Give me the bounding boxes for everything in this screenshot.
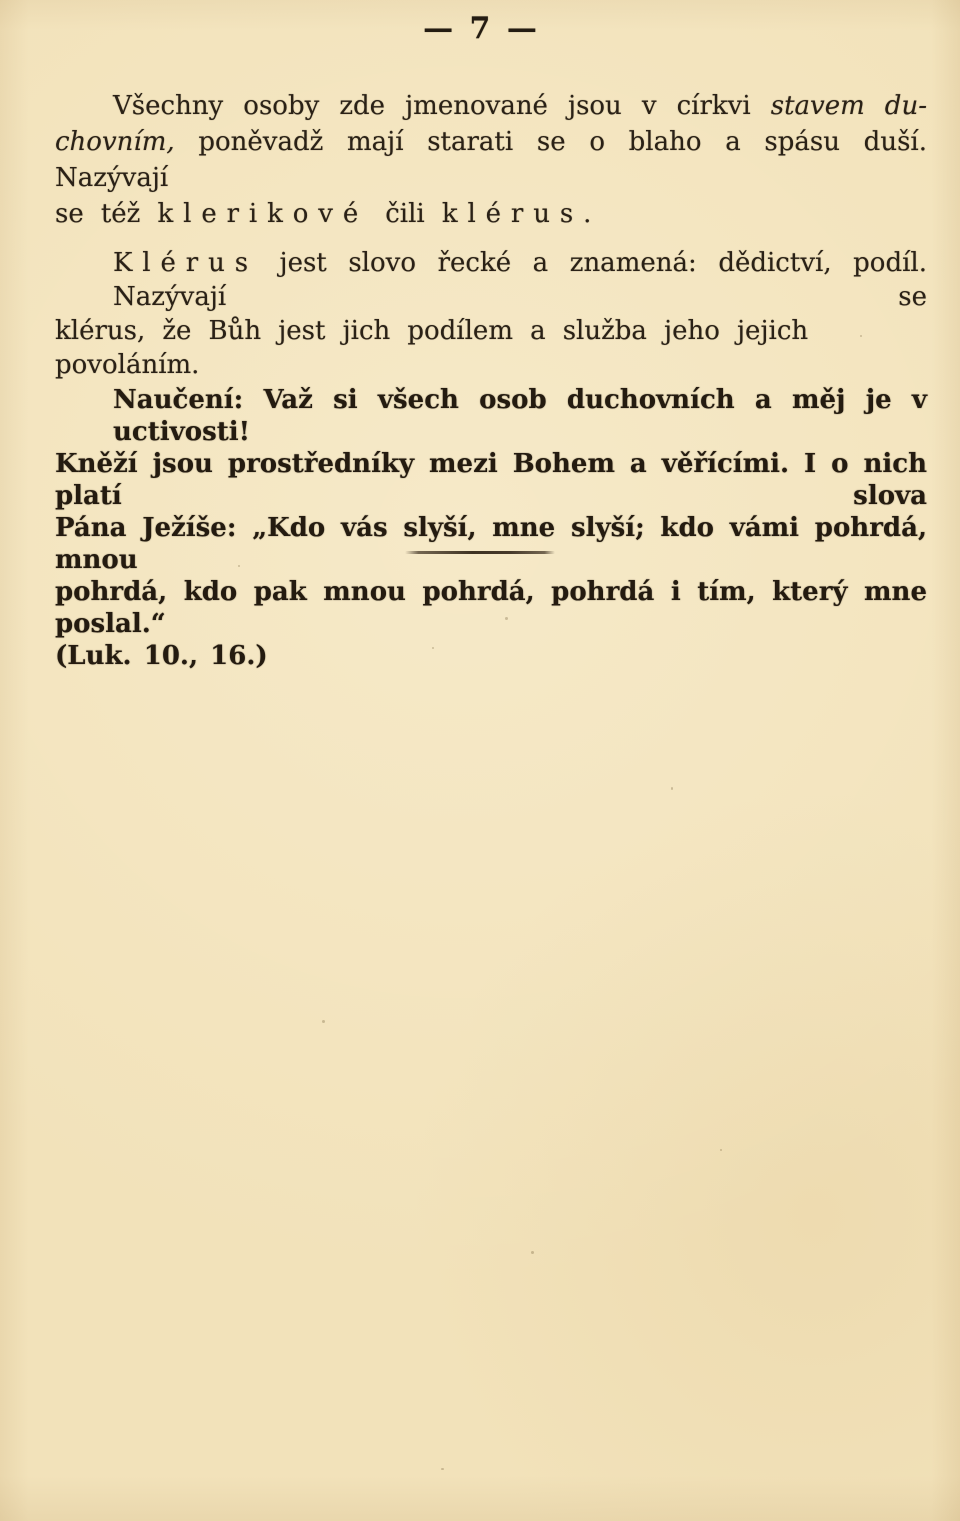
text-segment: klerikové (157, 199, 368, 229)
text-line: (Luk. 10., 16.) (55, 640, 927, 672)
text-line: Všechny osoby zde jmenované jsou v církv… (55, 88, 927, 124)
text-line: pohrdá, kdo pak mnou pohrdá, pohrdá i tí… (55, 576, 927, 640)
text-segment: klérus (442, 199, 583, 229)
paper-speck (432, 647, 434, 649)
text-segment: Pána Ježíše: „Kdo vás slyší, mne slyší; … (55, 513, 927, 575)
paper-speck (238, 565, 240, 567)
paper-speck (531, 1251, 534, 1254)
paragraph-p1: Všechny osoby zde jmenované jsou v církv… (55, 88, 927, 232)
text-segment: pohrdá, kdo pak mnou pohrdá, pohrdá i tí… (55, 577, 927, 639)
text-segment: (Luk. 10., 16.) (55, 641, 268, 671)
text-segment: Klérus (113, 248, 258, 278)
text-segment: čili (368, 199, 442, 229)
scanned-book-page: — 7 — Všechny osoby zde jmenované jsou v… (0, 0, 960, 1521)
paper-speck (860, 335, 862, 337)
paper-speck (671, 787, 673, 790)
text-segment: klérus, že Bůh jest jich podílem a služb… (55, 316, 808, 380)
text-line: chovním, poněvadž mají starati se o blah… (55, 124, 927, 196)
page-number: — 7 — (0, 11, 960, 46)
paper-speck (441, 1468, 444, 1470)
text-segment: stavem du- (771, 91, 927, 121)
text-line: Klérus jest slovo řecké a znamená: dědic… (55, 246, 927, 314)
text-block: Všechny osoby zde jmenované jsou v církv… (55, 88, 927, 672)
text-line: Kněží jsou prostředníky mezi Bohem a věř… (55, 448, 927, 512)
paragraph-p3: Naučení: Važ si všech osob duchovních a … (55, 384, 927, 672)
text-line: klérus, že Bůh jest jich podílem a služb… (55, 314, 927, 382)
text-segment: . (583, 199, 591, 229)
section-divider-rule (405, 551, 555, 554)
text-segment: chovním, (55, 127, 175, 157)
text-segment: poněvadž mají starati se o blaho a spásu… (55, 127, 927, 193)
text-line: se též klerikové čili klérus. (55, 196, 927, 232)
paragraph-p2: Klérus jest slovo řecké a znamená: dědic… (55, 246, 927, 382)
text-line: Naučení: Važ si všech osob duchovních a … (55, 384, 927, 448)
paper-speck (505, 617, 508, 620)
text-segment: Všechny osoby zde jmenované jsou v církv… (113, 91, 771, 121)
paper-speck (720, 1149, 722, 1151)
text-segment: Kněží jsou prostředníky mezi Bohem a věř… (55, 449, 927, 511)
text-line: Pána Ježíše: „Kdo vás slyší, mne slyší; … (55, 512, 927, 576)
paper-speck (322, 1020, 325, 1023)
text-segment: Naučení: (113, 385, 243, 415)
text-segment: se též (55, 199, 157, 229)
